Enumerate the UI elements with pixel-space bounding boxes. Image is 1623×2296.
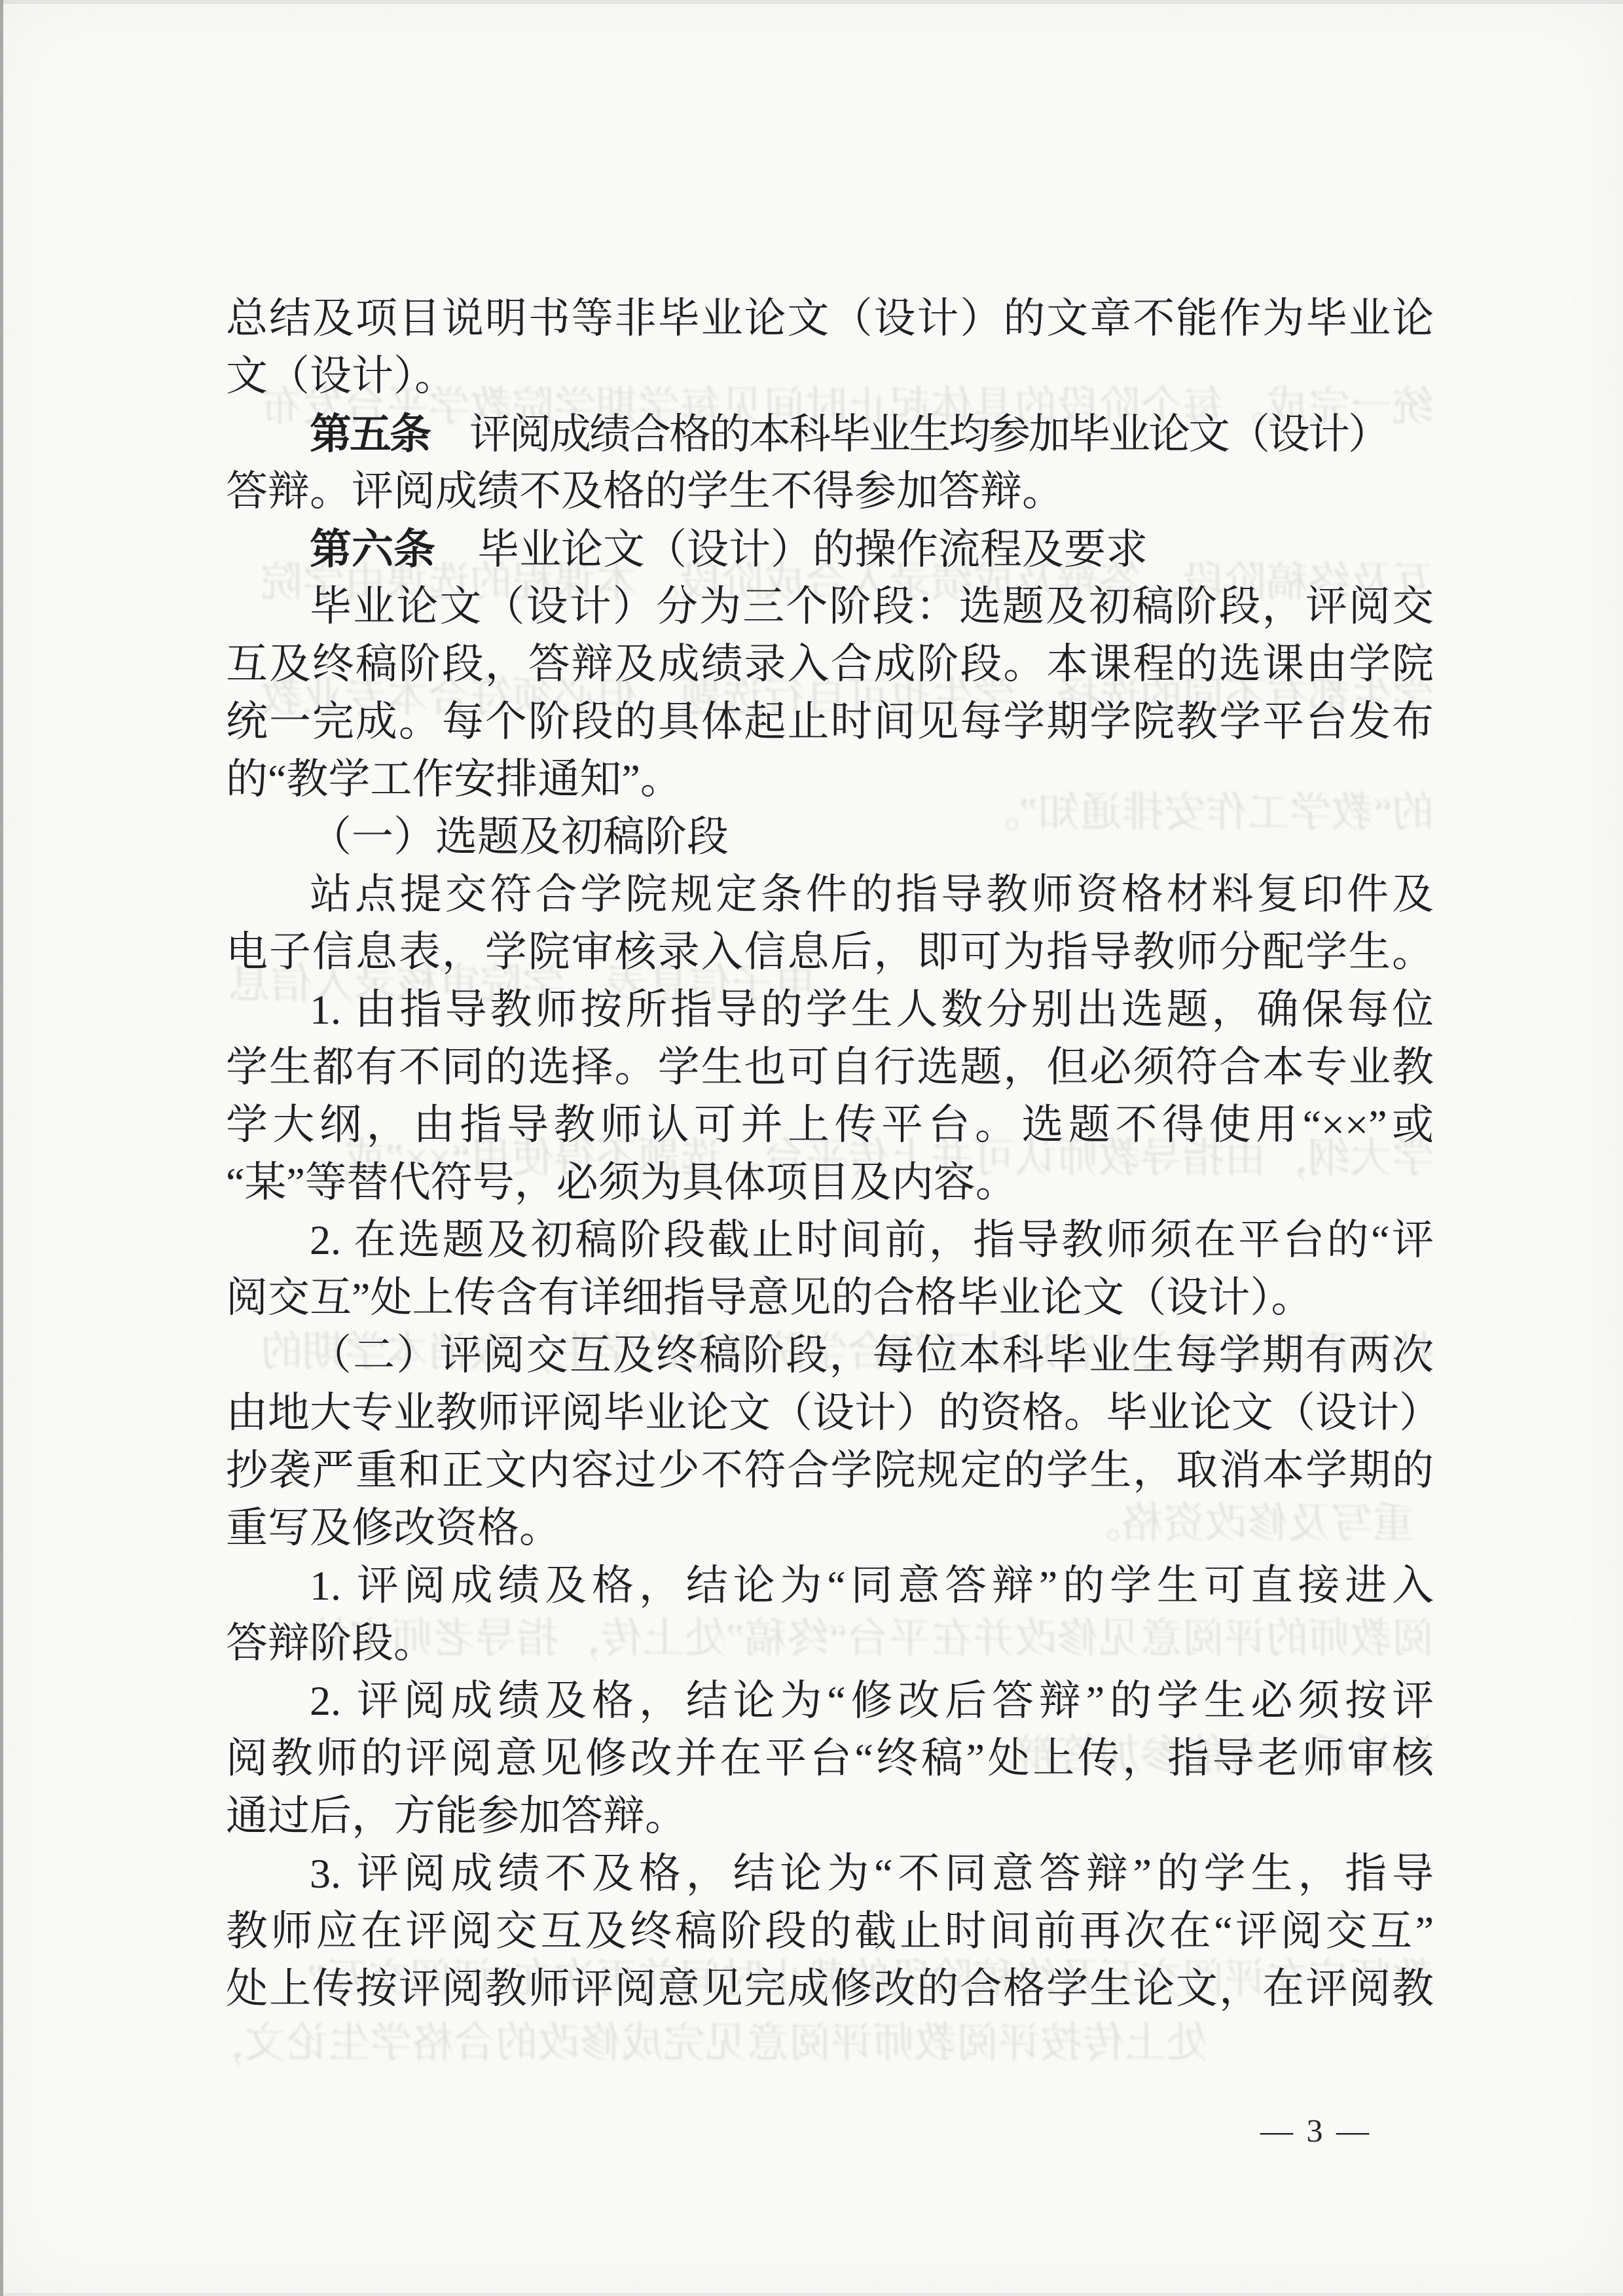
line-text: 通过后，方能参加答辩。: [226, 1793, 687, 1839]
article-number-label: 第五条: [310, 410, 429, 457]
line-text: 2. 评阅成绩及格，结论为“修改后答辩”的学生必须按评: [310, 1677, 1434, 1724]
line-text: 电子信息表，学院审核录入信息后，即可为指导教师分配学生。: [226, 929, 1434, 975]
line-text: “某”等替代符号，必须为具体项目及内容。: [226, 1159, 1017, 1206]
line-text: 学生都有不同的选择。学生也可自行选题，但必须符合本专业教: [226, 1044, 1434, 1090]
text-line: 阅教师的评阅意见修改并在平台“终稿”处上传，指导老师审核: [226, 1730, 1434, 1787]
text-line: 3. 评阅成绩不及格，结论为“不同意答辩”的学生，指导: [226, 1845, 1434, 1903]
line-text: 文（设计）。: [226, 353, 456, 399]
text-line: 统一完成。每个阶段的具体起止时间见每学期学院教学平台发布: [226, 693, 1434, 751]
text-line: 第六条 毕业论文（设计）的操作流程及要求: [226, 520, 1434, 578]
text-line: 第五条 评阅成绩合格的本科毕业生均参加毕业论文（设计）: [226, 405, 1434, 463]
line-text: 答辩。评阅成绩不及格的学生不得参加答辩。: [226, 468, 1064, 514]
text-line: 学大纲，由指导教师认可并上传平台。选题不得使用“××”或: [226, 1096, 1434, 1154]
text-line: 处上传按评阅教师评阅意见完成修改的合格学生论文，在评阅教: [226, 1960, 1434, 2018]
text-line: 毕业论文（设计）分为三个阶段：选题及初稿阶段，评阅交: [226, 578, 1434, 636]
line-text: 阅教师的评阅意见修改并在平台“终稿”处上传，指导老师审核: [226, 1735, 1434, 1782]
line-text: 阅交互”处上传含有详细指导意见的合格毕业论文（设计）。: [226, 1274, 1313, 1321]
line-text: 答辩阶段。: [226, 1620, 435, 1666]
line-text: （一）选题及初稿阶段: [310, 814, 729, 860]
line-text: 抄袭严重和正文内容过少不符合学院规定的学生，取消本学期的: [226, 1447, 1434, 1494]
text-line: （二）评阅交互及终稿阶段，每位本科毕业生每学期有两次: [226, 1327, 1434, 1384]
scan-bottom-edge-shadow: [0, 2293, 1623, 2296]
text-line: 电子信息表，学院审核录入信息后，即可为指导教师分配学生。: [226, 924, 1434, 981]
text-line: 1. 评阅成绩及格，结论为“同意答辩”的学生可直接进入: [226, 1557, 1434, 1615]
text-line: 学生都有不同的选择。学生也可自行选题，但必须符合本专业教: [226, 1039, 1434, 1096]
article-number-label: 第六条: [310, 526, 435, 573]
text-line: 答辩。评阅成绩不及格的学生不得参加答辩。: [226, 463, 1434, 520]
text-line: 答辩阶段。: [226, 1615, 1434, 1672]
text-line: 由地大专业教师评阅毕业论文（设计）的资格。毕业论文（设计）: [226, 1384, 1434, 1442]
text-line: 通过后，方能参加答辩。: [226, 1787, 1434, 1845]
text-line: 1. 由指导教师按所指导的学生人数分别出选题，确保每位: [226, 981, 1434, 1039]
text-line: 阅交互”处上传含有详细指导意见的合格毕业论文（设计）。: [226, 1269, 1434, 1327]
line-text: 评阅成绩合格的本科毕业生均参加毕业论文（设计）: [429, 411, 1388, 457]
text-line: 站点提交符合学院规定条件的指导教师资格材料复印件及: [226, 866, 1434, 924]
line-text: 1. 由指导教师按所指导的学生人数分别出选题，确保每位: [310, 986, 1434, 1033]
page-number: — 3 —: [1224, 2111, 1408, 2149]
line-text: 处上传按评阅教师评阅意见完成修改的合格学生论文，在评阅教: [226, 1965, 1434, 2012]
line-text: 毕业论文（设计）分为三个阶段：选题及初稿阶段，评阅交: [310, 583, 1434, 630]
scanned-document-page: 统一完成。每个阶段的具体起止时间见每学期学院教学平台发布互及终稿阶段，答辩及成绩…: [0, 0, 1623, 2296]
scan-top-edge-shadow: [0, 0, 1623, 4]
line-text: 总结及项目说明书等非毕业论文（设计）的文章不能作为毕业论: [226, 295, 1434, 342]
text-line: 互及终稿阶段，答辩及成绩录入合成阶段。本课程的选课由学院: [226, 636, 1434, 693]
text-line: 文（设计）。: [226, 348, 1434, 405]
text-line: 总结及项目说明书等非毕业论文（设计）的文章不能作为毕业论: [226, 290, 1434, 348]
text-line: 抄袭严重和正文内容过少不符合学院规定的学生，取消本学期的: [226, 1442, 1434, 1499]
scan-left-edge-shadow: [0, 0, 3, 2296]
text-line: （一）选题及初稿阶段: [226, 808, 1434, 866]
text-line: 教师应在评阅交互及终稿阶段的截止时间前再次在“评阅交互”: [226, 1903, 1434, 1960]
bleed-through-line: 处上传按评阅教师评阅意见完成修改的合格学生论文，在评阅教: [226, 2015, 1208, 2072]
text-line: 的“教学工作安排通知”。: [226, 751, 1434, 808]
line-text: 3. 评阅成绩不及格，结论为“不同意答辩”的学生，指导: [310, 1850, 1434, 1897]
text-line: “某”等替代符号，必须为具体项目及内容。: [226, 1154, 1434, 1211]
line-text: 毕业论文（设计）的操作流程及要求: [435, 526, 1148, 573]
line-text: 统一完成。每个阶段的具体起止时间见每学期学院教学平台发布: [226, 698, 1434, 745]
line-text: （二）评阅交互及终稿阶段，每位本科毕业生每学期有两次: [310, 1332, 1434, 1378]
line-text: 重写及修改资格。: [226, 1505, 561, 1551]
line-text: 站点提交符合学院规定条件的指导教师资格材料复印件及: [310, 871, 1434, 918]
text-line: 重写及修改资格。: [226, 1499, 1434, 1557]
text-line: 2. 在选题及初稿阶段截止时间前，指导教师须在平台的“评: [226, 1211, 1434, 1269]
line-text: 互及终稿阶段，答辩及成绩录入合成阶段。本课程的选课由学院: [226, 641, 1434, 687]
line-text: 由地大专业教师评阅毕业论文（设计）的资格。毕业论文（设计）: [226, 1390, 1441, 1436]
line-text: 1. 评阅成绩及格，结论为“同意答辩”的学生可直接进入: [310, 1562, 1434, 1609]
text-line: 2. 评阅成绩及格，结论为“修改后答辩”的学生必须按评: [226, 1672, 1434, 1730]
document-text-block: 总结及项目说明书等非毕业论文（设计）的文章不能作为毕业论文（设计）。第五条 评阅…: [226, 290, 1434, 2018]
line-text: 2. 在选题及初稿阶段截止时间前，指导教师须在平台的“评: [310, 1217, 1434, 1263]
line-text: 学大纲，由指导教师认可并上传平台。选题不得使用“××”或: [226, 1102, 1434, 1148]
line-text: 教师应在评阅交互及终稿阶段的截止时间前再次在“评阅交互”: [226, 1908, 1434, 1954]
line-text: 的“教学工作安排通知”。: [226, 756, 682, 802]
